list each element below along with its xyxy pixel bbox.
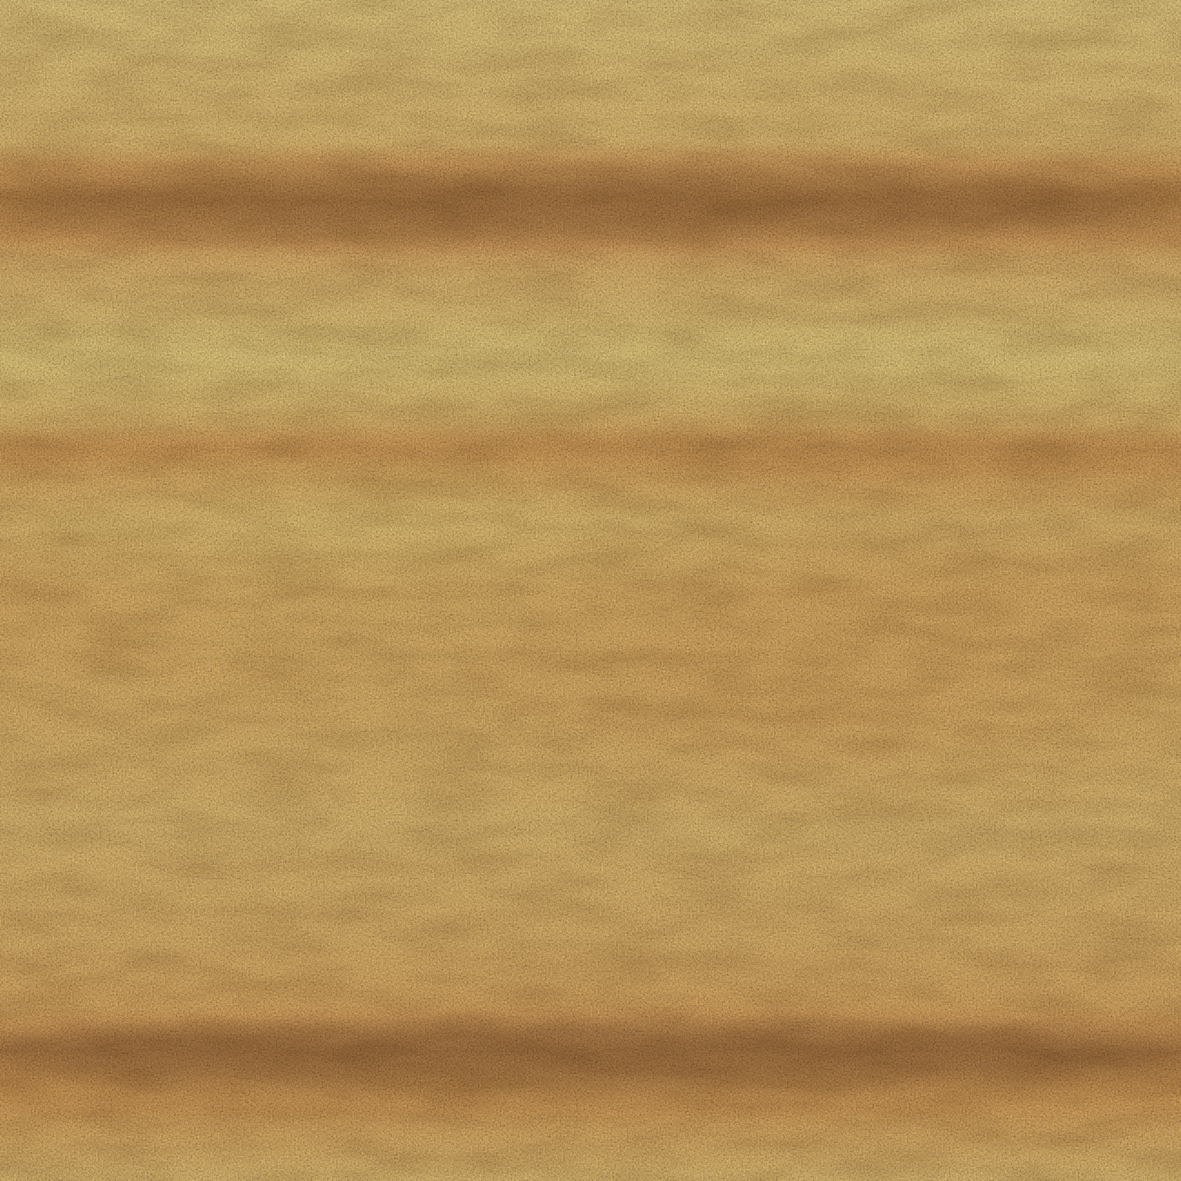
carpet-texture-photo <box>0 0 1181 1181</box>
carpet-shadow-mottling <box>0 0 1181 1181</box>
